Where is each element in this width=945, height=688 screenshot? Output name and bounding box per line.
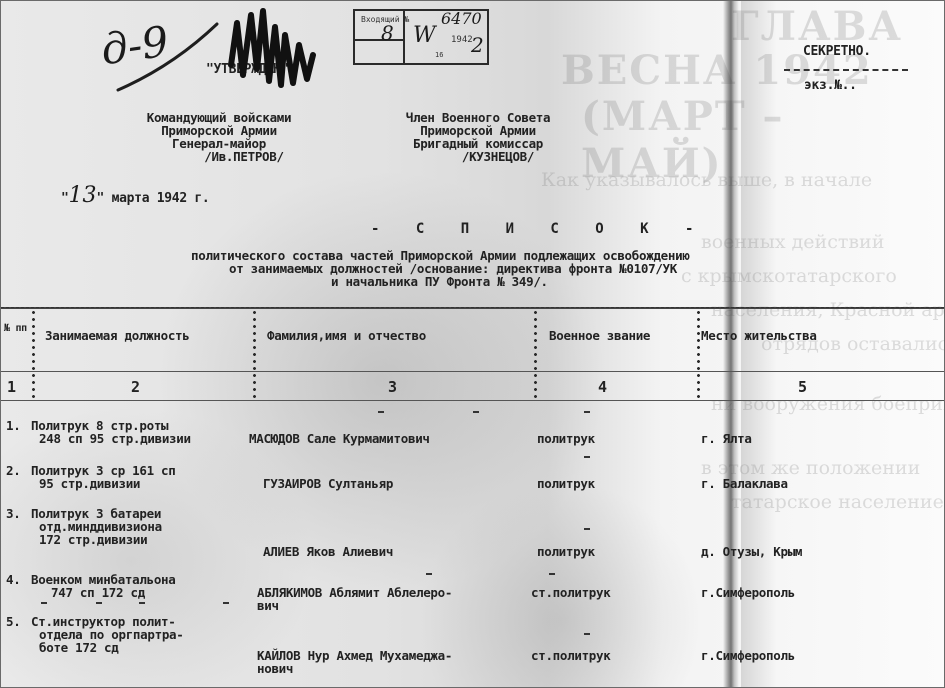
position-line: боте 172 сд	[31, 641, 184, 654]
row-full-name: АБЛЯКИМОВ Аблямит Аблелеро- вич	[257, 586, 452, 612]
table-header-rule	[1, 371, 944, 372]
row-position: Политрук 8 стр.роты 248 сп 95 стр.дивизи…	[31, 419, 191, 445]
row-residence: г. Балаклава	[701, 477, 788, 490]
name-line: нович	[257, 662, 452, 675]
row-number: 4.	[6, 572, 20, 587]
row-residence: г. Ялта	[701, 432, 752, 445]
column-number: 5	[798, 381, 807, 394]
column-separator	[534, 309, 537, 401]
subtitle-line: и начальника ПУ Фронта № 349/.	[331, 275, 548, 288]
bleed-line: Как указывалось выше, в начале	[541, 169, 872, 191]
table-row: 4.	[6, 573, 20, 586]
row-position: Политрук 3 батареи отд.минддивизиона 172…	[31, 507, 162, 546]
signatory-commander: Командующий войсками Приморской Армии Ге…	[109, 111, 329, 163]
stamp-year: 1942	[451, 35, 473, 45]
column-number: 1	[7, 381, 16, 394]
signatory-name: /КУЗНЕЦОВ/	[363, 150, 593, 163]
row-number: 3.	[6, 506, 20, 521]
bleed-line: с крымскотатарского	[681, 265, 897, 287]
row-rank: политрук	[537, 545, 595, 558]
typewriter-mark	[584, 411, 590, 413]
stamp-reg-number: 6470	[441, 9, 482, 28]
handwritten-slash-icon	[113, 16, 223, 96]
position-line: 248 сп 95 стр.дивизии	[31, 432, 191, 445]
row-full-name: АЛИЕВ Яков Алиевич	[263, 545, 393, 558]
registration-stamp: Входящий № 8 W 6470 1942 2 16	[353, 9, 489, 65]
row-position: Политрук 3 ср 161 сп 95 стр.дивизии	[31, 464, 176, 490]
signature-scribble-icon	[227, 5, 317, 91]
date-day: 13	[69, 183, 97, 208]
date-month-year: марта 1942 г.	[112, 191, 210, 206]
signatory-name: /Ив.ПЕТРОВ/	[109, 150, 329, 163]
header-position: Занимаемая должность	[45, 329, 190, 342]
table-row: 5.	[6, 615, 20, 628]
row-position: Ст.инструктор полит- отдела по оргпартра…	[31, 615, 184, 654]
typewriter-mark	[96, 602, 102, 604]
column-separator	[697, 309, 700, 401]
row-residence: г.Симферополь	[701, 586, 795, 599]
table-top-rule	[1, 307, 944, 309]
position-line: 95 стр.дивизии	[31, 477, 176, 490]
row-number: 1.	[6, 418, 20, 433]
stamp-hand-number: 8	[381, 21, 394, 45]
typewriter-mark	[378, 411, 384, 413]
typewriter-mark	[584, 456, 590, 458]
typewriter-mark	[139, 602, 145, 604]
document-title: - С П И С О К -	[371, 223, 707, 236]
document-date: "13" марта 1942 г.	[61, 183, 209, 208]
typewriter-mark	[473, 411, 479, 413]
row-position: Военком минбатальона 747 сп 172 сд	[31, 573, 176, 599]
table-number-rule	[1, 400, 944, 401]
stamp-hand-date: 2	[471, 33, 484, 57]
copy-number-label: экз.№..	[804, 79, 857, 92]
table-row: 1.	[6, 419, 20, 432]
stamp-divider	[355, 39, 403, 41]
row-rank: политрук	[537, 432, 595, 445]
header-military-rank: Военное звание	[549, 329, 650, 342]
typewriter-mark	[584, 528, 590, 530]
name-line: АБЛЯКИМОВ Аблямит Аблелеро-	[257, 586, 452, 599]
classification-underline	[784, 69, 908, 71]
column-number: 2	[131, 381, 140, 394]
classification-label: СЕКРЕТНО.	[803, 45, 871, 58]
column-number: 3	[388, 381, 397, 394]
column-separator	[32, 309, 35, 401]
typewriter-mark	[549, 573, 555, 575]
header-number: № пп	[4, 323, 28, 334]
row-residence: г.Симферополь	[701, 649, 795, 662]
position-line: 172 стр.дивизии	[31, 533, 162, 546]
row-full-name: ГУЗАИРОВ Султаньяр	[263, 477, 393, 490]
column-number: 4	[598, 381, 607, 394]
table-row: 2.	[6, 464, 20, 477]
row-full-name: МАСЮДОВ Сале Курмамитович	[249, 432, 430, 445]
typewriter-mark	[223, 602, 229, 604]
signatory-commissar: Член Военного Совета Приморской Армии Бр…	[363, 111, 593, 163]
row-full-name: КАЙЛОВ Нур Ахмед Мухамеджа- нович	[257, 649, 452, 675]
row-rank: политрук	[537, 477, 595, 490]
row-rank: ст.политрук	[531, 649, 610, 662]
typewriter-mark	[426, 573, 432, 575]
position-line: 747 сп 172 сд	[31, 586, 176, 599]
column-separator	[253, 309, 256, 401]
header-residence: Место жительства	[701, 329, 817, 342]
typewriter-mark	[41, 602, 47, 604]
typewriter-mark	[584, 633, 590, 635]
stamp-hand-letter: W	[413, 23, 436, 48]
scanned-document: ГЛАВА ВЕСНА 1942 (МАРТ – МАЙ) Как указыв…	[0, 0, 945, 688]
row-residence: д. Отузы, Крым	[701, 545, 802, 558]
name-line: вич	[257, 599, 452, 612]
row-rank: ст.политрук	[531, 586, 610, 599]
stamp-sub: 16	[435, 51, 443, 59]
row-number: 5.	[6, 614, 20, 629]
row-number: 2.	[6, 463, 20, 478]
table-row: 3.	[6, 507, 20, 520]
header-full-name: Фамилия,имя и отчество	[267, 329, 426, 342]
